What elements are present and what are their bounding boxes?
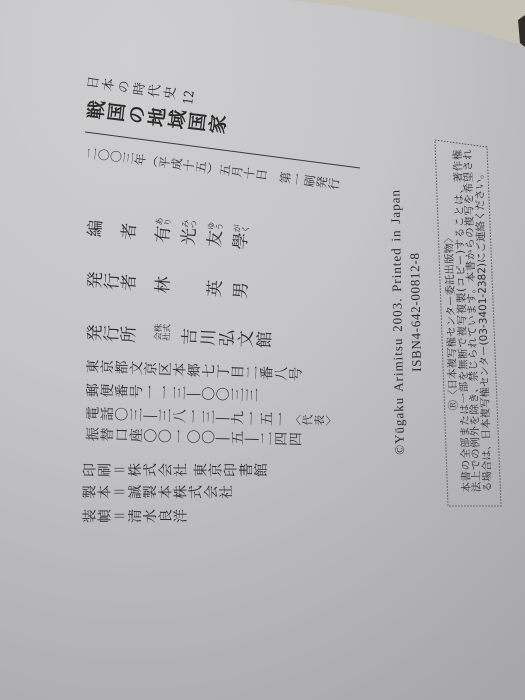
copy-notice: Ⓡ〈日本複写権センター委託出版物〉 本書の全部または一部を無断で複写複製(コピー… — [442, 149, 493, 493]
publisher-label: 発行所 — [85, 325, 137, 347]
printing-label: 印刷＝株式会社 — [82, 463, 188, 479]
binding: 製本＝誠製本株式会社 — [82, 485, 234, 501]
editor-name-char: 友ゆう — [205, 221, 233, 251]
corp-type-bottom: 会社 — [153, 333, 170, 342]
publisher-name: 吉川弘文館 — [180, 328, 274, 352]
design: 装幀＝清水良洋 — [82, 509, 188, 525]
furigana: あり — [154, 217, 172, 228]
editor-name-char: 學がく — [230, 223, 258, 253]
colophon-page-photo: 日本の時代史12 戦国の地域国家 二〇〇三年（平成十五）五月十日第一刷発行 編 … — [0, 0, 525, 700]
furigana: ゆう — [206, 221, 224, 232]
editor-label: 編 者 — [85, 220, 138, 244]
phone-note: 〈代表〉 — [290, 413, 337, 427]
publisher-person-label: 発行者 — [85, 272, 137, 296]
printing-company: 東京印書館 — [193, 463, 269, 479]
corporation-type-warichu: 株式会社 — [153, 324, 171, 342]
series-volume: 12 — [182, 89, 197, 106]
adjacent-page-edge — [288, 0, 525, 45]
furigana: みつ — [180, 219, 198, 230]
furigana: がく — [232, 223, 250, 234]
publisher-person-name-char: 林 — [153, 278, 180, 297]
design-line: 装幀＝清水良洋 — [82, 510, 188, 524]
binding-line: 製本＝誠製本株式会社 — [82, 486, 234, 500]
printing-line: 印刷＝株式会社東京印書館 — [82, 464, 269, 478]
name-spacer — [179, 288, 205, 290]
editor-name-char: 有あり — [153, 217, 181, 247]
publisher-person-name-char: 男 — [231, 284, 258, 303]
editor-name-char: 光みつ — [179, 219, 207, 249]
isbn-line: ISBN4-642-00812-8 — [408, 252, 424, 372]
publisher-person-name-char: 英 — [205, 282, 232, 301]
isbn: ISBN4-642-00812-8 — [407, 252, 424, 372]
